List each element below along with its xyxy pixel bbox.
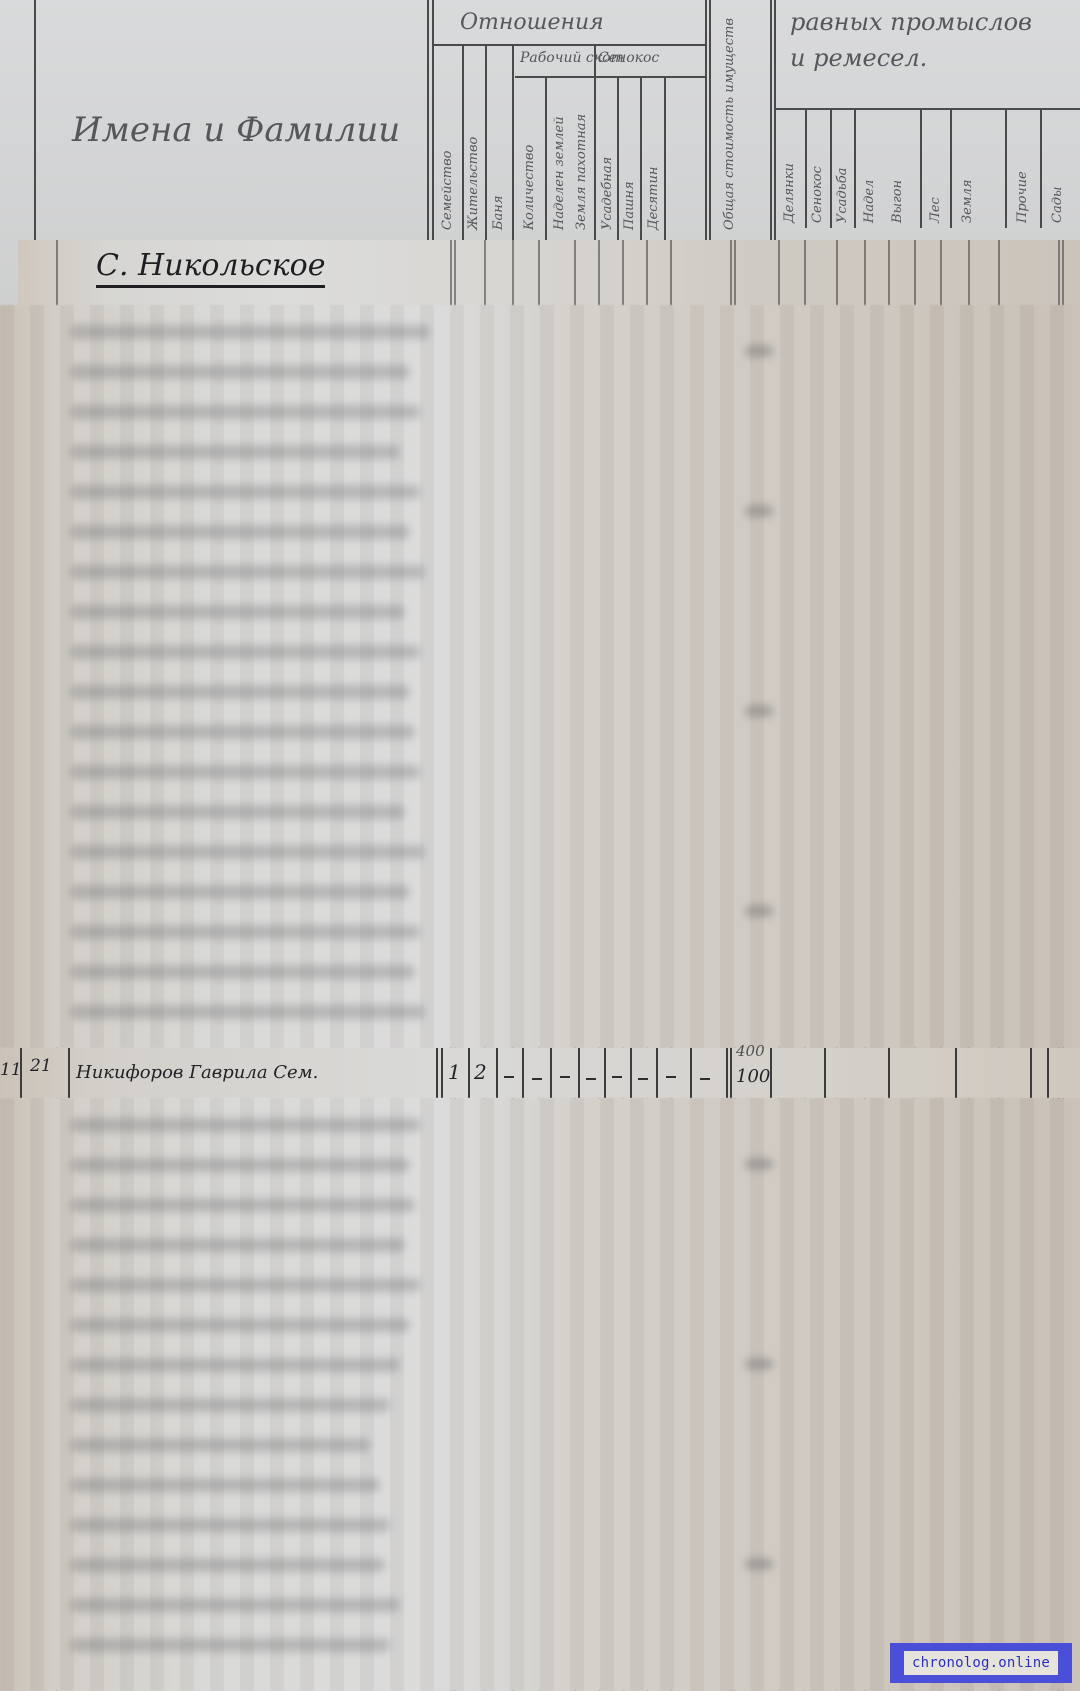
- redacted-row: [70, 365, 410, 379]
- other-group-header: Сенокос: [598, 50, 659, 66]
- header-col: Наделен землей: [552, 90, 567, 230]
- header-col: Земля: [960, 118, 975, 223]
- header-col: Пашня: [622, 90, 637, 230]
- document-scan: Имена и Фамилии Отношения Рабочий скот С…: [0, 0, 1080, 1691]
- column-divider: [854, 108, 856, 228]
- redacted-row: [70, 1438, 370, 1452]
- redacted-row: [70, 1238, 405, 1252]
- column-divider: [545, 76, 547, 246]
- column-divider: [824, 1048, 826, 1098]
- header-rule: [515, 76, 705, 78]
- redacted-amount: [745, 505, 773, 517]
- column-divider: [1030, 1048, 1032, 1098]
- amount-above: 400: [736, 1042, 765, 1060]
- watermark-badge: chronolog.online: [890, 1643, 1072, 1683]
- header-col: Усадебная: [600, 90, 615, 230]
- redacted-row: [70, 845, 425, 859]
- redacted-row: [70, 565, 425, 579]
- empty-cell-dash: [700, 1078, 710, 1080]
- village-title: С. Никольское: [96, 248, 325, 288]
- person-name: Никифоров Гаврила Сем.: [76, 1062, 318, 1083]
- amount-value: 100: [736, 1066, 770, 1087]
- watermark-text: chronolog.online: [904, 1651, 1058, 1675]
- redacted-rows-below: [0, 1098, 1080, 1691]
- column-divider: [550, 1048, 552, 1098]
- redacted-amount: [745, 705, 773, 717]
- redacted-rows-above: [0, 305, 1080, 1048]
- redacted-row: [70, 325, 430, 339]
- header-col: Земля пахотная: [574, 90, 589, 230]
- redacted-row: [70, 1198, 415, 1212]
- header-rule: [432, 44, 705, 46]
- column-divider: [730, 1048, 732, 1098]
- header-col: Надел: [862, 118, 877, 223]
- column-divider: [68, 1048, 70, 1098]
- column-divider: [664, 76, 666, 246]
- redacted-amount: [745, 905, 773, 917]
- right-title-line1: равных промыслов: [790, 8, 1032, 36]
- row-number: 21: [30, 1056, 52, 1076]
- column-divider: [656, 1048, 658, 1098]
- column-divider: [888, 1048, 890, 1098]
- column-divider: [1005, 108, 1007, 228]
- column-divider: [512, 44, 514, 244]
- redacted-row: [70, 685, 410, 699]
- redacted-row: [70, 1598, 400, 1612]
- column-divider: [578, 1048, 580, 1098]
- column-divider: [950, 108, 952, 228]
- redacted-row: [70, 1518, 390, 1532]
- redacted-row: [70, 445, 400, 459]
- column-divider: [920, 108, 922, 228]
- redacted-row: [70, 885, 410, 899]
- redacted-row: [70, 1318, 410, 1332]
- redacted-row: [70, 645, 420, 659]
- redacted-row: [70, 1278, 420, 1292]
- table-row: 11 21 Никифоров Гаврила Сем. 1 2 400 100: [0, 1048, 1080, 1098]
- redacted-row: [70, 1398, 390, 1412]
- right-title-line2: и ремесел.: [790, 44, 927, 72]
- header-col: Десятин: [646, 90, 661, 230]
- redacted-row: [70, 1158, 410, 1172]
- redacted-amount: [745, 1358, 773, 1370]
- column-divider: [496, 1048, 498, 1098]
- redacted-amount: [745, 1558, 773, 1570]
- empty-cell-dash: [560, 1076, 570, 1078]
- header-col: Усадьба: [835, 118, 850, 223]
- column-divider: [522, 1048, 524, 1098]
- header-col: Лес: [928, 118, 943, 223]
- redacted-row: [70, 1478, 380, 1492]
- header-col: Баня: [491, 90, 506, 230]
- column-divider: [441, 1048, 443, 1098]
- cell-value: 1: [448, 1060, 461, 1084]
- column-divider: [630, 1048, 632, 1098]
- column-divider: [830, 108, 832, 228]
- relations-group-header: Отношения: [460, 10, 604, 35]
- column-divider: [1047, 1048, 1049, 1098]
- redacted-row: [70, 1638, 390, 1652]
- column-divider: [805, 108, 807, 228]
- column-divider: [436, 1048, 438, 1098]
- header-col: Количество: [522, 90, 537, 230]
- empty-cell-dash: [612, 1076, 622, 1078]
- header-col: Семейство: [440, 90, 455, 230]
- redacted-row: [70, 1358, 400, 1372]
- redacted-amount: [745, 345, 773, 357]
- margin-number: 11: [0, 1060, 22, 1080]
- header-col: Выгон: [890, 118, 905, 223]
- header-col: Жительство: [466, 90, 481, 230]
- column-divider: [617, 76, 619, 246]
- column-divider: [462, 44, 464, 244]
- empty-cell-dash: [504, 1076, 514, 1078]
- header-col: Сенокос: [810, 118, 825, 223]
- column-divider: [690, 1048, 692, 1098]
- redacted-row: [70, 725, 415, 739]
- header-col: Прочие: [1015, 118, 1030, 223]
- column-divider: [594, 44, 596, 244]
- redacted-row: [70, 965, 415, 979]
- column-divider: [485, 44, 487, 244]
- redacted-row: [70, 805, 405, 819]
- header-col: Сады: [1050, 118, 1065, 223]
- redacted-row: [70, 1118, 420, 1132]
- empty-cell-dash: [532, 1078, 542, 1080]
- name-column-header: Имена и Фамилии: [72, 110, 400, 150]
- redacted-amount: [745, 1158, 773, 1170]
- column-divider: [1040, 108, 1042, 228]
- cell-value: 2: [474, 1060, 487, 1084]
- redacted-row: [70, 1005, 425, 1019]
- redacted-row: [70, 765, 420, 779]
- header-col-payments: Общая стоимость имуществ: [722, 50, 737, 230]
- column-divider: [640, 76, 642, 246]
- column-divider: [468, 1048, 470, 1098]
- redacted-row: [70, 1558, 385, 1572]
- redacted-row: [70, 525, 410, 539]
- column-divider: [955, 1048, 957, 1098]
- empty-cell-dash: [638, 1078, 648, 1080]
- column-divider: [604, 1048, 606, 1098]
- empty-cell-dash: [666, 1076, 676, 1078]
- redacted-row: [70, 485, 420, 499]
- redacted-row: [70, 405, 420, 419]
- header-col: Делянки: [782, 118, 797, 223]
- empty-cell-dash: [586, 1078, 596, 1080]
- redacted-row: [70, 925, 420, 939]
- column-divider: [726, 1048, 728, 1098]
- redacted-row: [70, 605, 405, 619]
- header-rule: [774, 108, 1080, 110]
